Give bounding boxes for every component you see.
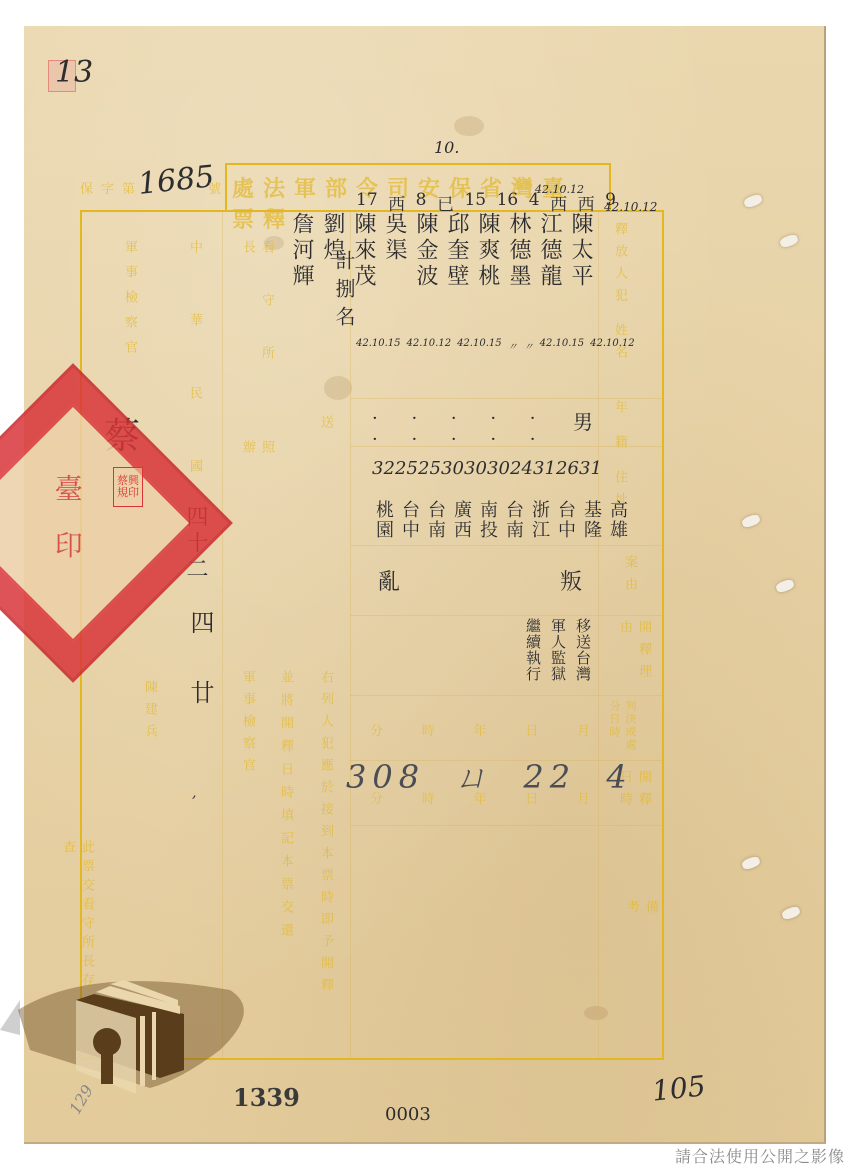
age: 31	[533, 458, 556, 479]
age: 31	[579, 458, 602, 479]
grid-line	[222, 212, 223, 1058]
stain	[454, 116, 484, 136]
case-left: 亂	[378, 565, 400, 596]
names-row: 陳太平 江德龍 林德墨 陳爽桃 邱奎壁 陳金波 吳渠 陳來茂 劉煌 詹河輝	[356, 212, 596, 342]
release-dates-under-names: 42.10.15 42.10.12 42.10.15 〃 〃 42.10.15 …	[356, 338, 596, 353]
age: 25	[418, 458, 441, 479]
origin: 台中	[396, 500, 422, 550]
warden-label: 看守所長	[238, 240, 276, 420]
seal-glyph: 臺	[55, 468, 83, 508]
prisoner-name: 林德墨	[503, 212, 534, 342]
printed-soldier-name: 陳建兵	[140, 680, 159, 760]
archive-logo-overlay	[0, 970, 250, 1100]
prisoner-name: 吳渠	[379, 212, 410, 342]
note-return-instruction: 並將開釋日時填記本票交還	[276, 670, 295, 1050]
binding-hole	[741, 855, 761, 871]
release-date: 42.10.15	[356, 338, 401, 353]
age: 30	[487, 458, 510, 479]
judgment-time: 308 ㄩ 22 4	[346, 752, 633, 798]
origin: 桃園	[370, 500, 396, 550]
usage-watermark: 請合法使用公開之影像	[675, 1144, 845, 1167]
label-name: 釋放人犯 姓名	[610, 222, 629, 392]
label-year: 年	[473, 720, 486, 739]
officer-seal: 蔡興規印	[113, 467, 143, 507]
release-date: 42.10.15	[540, 338, 585, 353]
instruction-send: 送	[316, 415, 335, 445]
tick-mark: ,	[192, 785, 196, 801]
age: 25	[395, 458, 418, 479]
prisoner-name: 邱奎壁	[441, 212, 472, 342]
ages-row: 32 25 25 30 30 30 24 31 26 31	[372, 458, 602, 479]
label-month: 月	[577, 720, 590, 739]
seal-glyph: 印	[55, 524, 83, 564]
judgment-date-labels: 分 時 年 日 月	[370, 720, 590, 739]
binding-hole	[775, 578, 795, 594]
grid-line	[350, 695, 662, 696]
case-right: 叛	[560, 565, 582, 596]
stain	[584, 1006, 608, 1020]
age: 26	[556, 458, 579, 479]
prisoner-name: 陳太平	[565, 212, 596, 342]
issue-day: 廿	[183, 680, 218, 708]
prisoner-name: 陳爽桃	[472, 212, 503, 342]
origin: 台中	[552, 500, 578, 550]
release-date: 42.10.15	[457, 338, 502, 353]
label-release-reason: 開釋理由	[615, 620, 653, 690]
release-reason-line: 軍人監獄	[548, 618, 569, 698]
origin: 南投	[474, 500, 500, 550]
label-remarks: 備考	[622, 900, 660, 1040]
instruction-approve: 照辦	[238, 440, 276, 520]
label-minute: 分	[370, 720, 383, 739]
label-hour: 時	[422, 720, 435, 739]
release-reason-line: 繼續執行	[523, 618, 544, 698]
prisoner-name: 詹河輝	[286, 212, 317, 342]
origin: 浙江	[526, 500, 552, 550]
grid-line	[350, 398, 662, 399]
origin: 廣西	[448, 500, 474, 550]
form-frame-right	[662, 210, 664, 1060]
officer-title-label: 軍事檢察官	[120, 240, 139, 400]
origin: 台南	[422, 500, 448, 550]
binding-hole	[743, 193, 763, 209]
prisoner-name: 劉煌	[317, 212, 348, 342]
binding-hole	[781, 905, 801, 921]
age: 30	[441, 458, 464, 479]
issue-month: 四	[183, 610, 218, 638]
serial-prefix-text: 保字第	[80, 178, 143, 197]
gender-dots: · · · · · · · · · ·	[372, 408, 572, 450]
origin: 台南	[500, 500, 526, 550]
origin: 高雄	[604, 500, 630, 550]
bottom-page-number: 105	[650, 1069, 707, 1107]
age: 24	[510, 458, 533, 479]
origins-row: 桃園 台中 台南 廣西 南投 台南 浙江 台中 基隆 高雄	[370, 500, 602, 550]
release-reason-line: 移送台灣	[573, 618, 594, 698]
stain	[324, 376, 352, 400]
grid-line	[350, 615, 662, 616]
gender-value: 男	[573, 406, 593, 435]
release-date: 42.10.12	[407, 338, 452, 353]
release-date: 〃	[524, 338, 534, 353]
age: 30	[464, 458, 487, 479]
prisoner-name: 陳來茂	[348, 212, 379, 342]
bottom-code: 0003	[385, 1104, 431, 1125]
binding-hole	[779, 233, 799, 249]
page-mark-top-center: 10.	[434, 138, 459, 157]
book-keyhole-logo-icon	[0, 970, 250, 1100]
label-judgment-time: 判決或處分日時	[606, 700, 638, 760]
release-date-top-2: 42.10.12	[604, 200, 657, 214]
prisoner-name: 陳金波	[410, 212, 441, 342]
label-age-origin: 年 籍	[610, 400, 629, 460]
serial-suffix-text: 號	[208, 178, 221, 197]
page-mark-top-left: 13	[55, 55, 93, 90]
note-release-instruction: 右列人犯應於接到本票時即予開釋	[316, 670, 335, 1050]
label-day: 日	[525, 720, 538, 739]
origin: 基隆	[578, 500, 604, 550]
prisoner-name: 江德龍	[534, 212, 565, 342]
binding-hole	[741, 513, 761, 529]
release-date: 42.10.12	[590, 338, 635, 353]
release-date-top-1: 42.10.12	[535, 183, 584, 196]
age: 32	[372, 458, 395, 479]
label-case: 案由	[620, 555, 639, 615]
release-reason: 移送台灣 軍人監獄 繼續執行	[518, 618, 594, 698]
release-date: 〃	[508, 338, 518, 353]
